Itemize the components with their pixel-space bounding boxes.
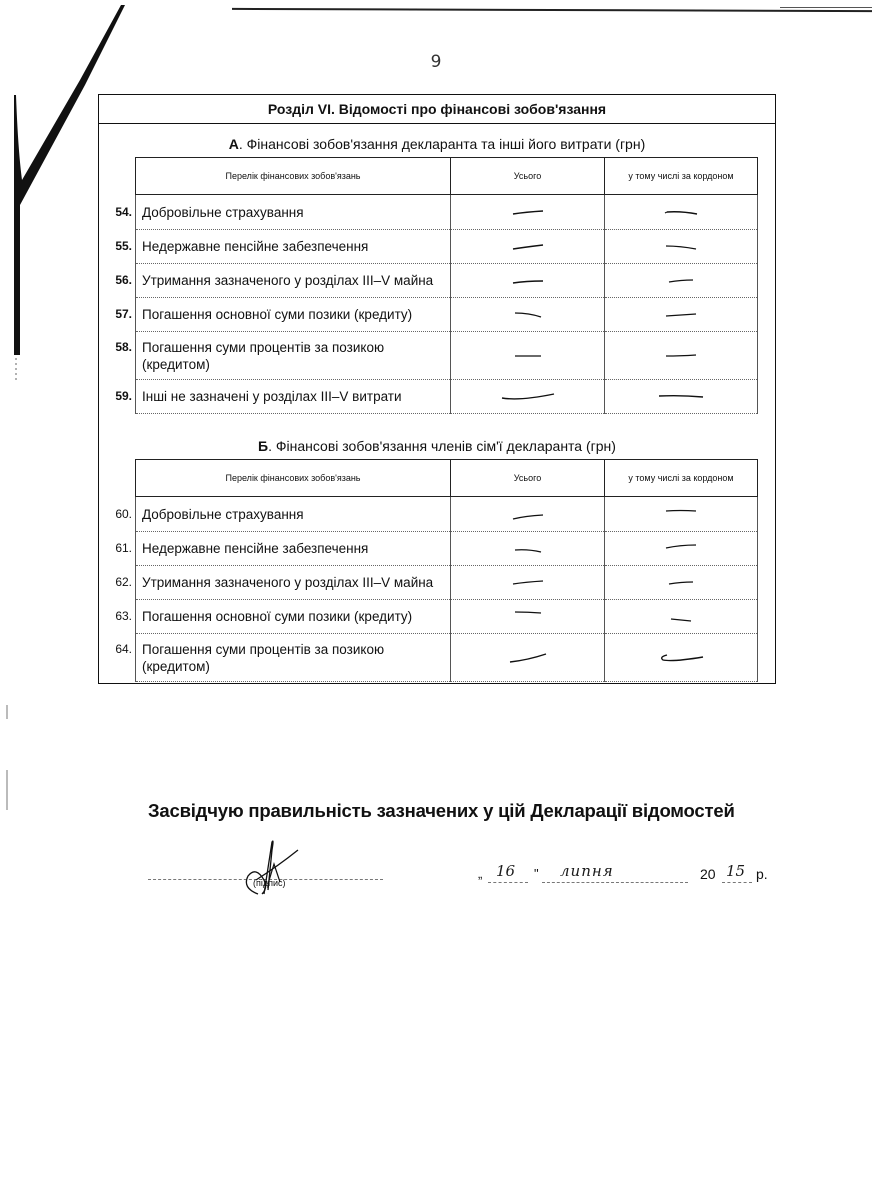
row-label: Інші не зазначені у розділах III–V витра… <box>142 389 402 404</box>
column-header-abroad: у тому числі за кордоном <box>605 158 758 195</box>
row-number: 63. <box>106 609 132 623</box>
handwritten-dash-icon <box>669 610 693 624</box>
table-row: 63.Погашення основної суми позики (креди… <box>136 600 758 634</box>
handwritten-dash-icon <box>664 352 698 360</box>
column-header-list: Перелік фінансових зобов'язань <box>136 460 451 497</box>
handwritten-dash-icon <box>508 651 548 665</box>
abroad-cell[interactable] <box>605 634 758 682</box>
row-number: 58. <box>106 339 132 356</box>
row-number: 54. <box>106 205 132 219</box>
handwritten-dash-icon <box>500 392 556 402</box>
table-row: 64.Погашення суми процентів за позикою (… <box>136 634 758 682</box>
abroad-cell[interactable] <box>605 264 758 298</box>
scan-edge-line <box>232 8 872 12</box>
row-number: 59. <box>106 389 132 403</box>
day-underline <box>488 882 528 883</box>
total-cell[interactable] <box>451 380 605 414</box>
row-label: Погашення суми процентів за позикою (кре… <box>142 340 384 372</box>
handwritten-dash-icon <box>513 610 543 624</box>
total-cell[interactable] <box>451 264 605 298</box>
scan-edge-line <box>780 7 872 8</box>
abroad-cell[interactable] <box>605 332 758 380</box>
row-label: Погашення суми процентів за позикою (кре… <box>142 642 384 674</box>
total-cell[interactable] <box>451 195 605 230</box>
year-underline <box>722 882 752 883</box>
row-label: Недержавне пенсійне забезпечення <box>142 541 368 556</box>
column-header-total: Усього <box>451 158 605 195</box>
total-cell[interactable] <box>451 230 605 264</box>
table-row: 55.Недержавне пенсійне забезпечення <box>136 230 758 264</box>
row-number: 56. <box>106 273 132 287</box>
total-cell[interactable] <box>451 298 605 332</box>
handwritten-dash-icon <box>511 209 545 217</box>
part-a-title: А. Фінансові зобов'язання декларанта та … <box>99 136 775 152</box>
abroad-cell[interactable] <box>605 230 758 264</box>
part-a-table: Перелік фінансових зобов'язань Усього у … <box>135 157 758 414</box>
handwritten-dash-icon <box>513 352 543 360</box>
handwritten-dash-icon <box>511 579 545 587</box>
row-number: 57. <box>106 307 132 321</box>
row-number: 55. <box>106 239 132 253</box>
part-b-letter: Б <box>258 438 268 454</box>
part-b-table: Перелік фінансових зобов'язань Усього у … <box>135 459 758 682</box>
row-label: Добровільне страхування <box>142 507 304 522</box>
abroad-cell[interactable] <box>605 298 758 332</box>
part-a-letter: А <box>229 136 239 152</box>
date-field: „ 16 " липня 20 15 р. <box>478 862 778 892</box>
handwritten-dash-icon <box>657 393 705 401</box>
handwritten-dash-icon <box>667 579 695 587</box>
abroad-cell[interactable] <box>605 600 758 634</box>
part-b-title: Б. Фінансові зобов'язання членів сім'ї д… <box>99 438 775 454</box>
handwritten-dash-icon <box>664 243 698 251</box>
row-number: 64. <box>106 641 132 658</box>
column-header-abroad: у тому числі за кордоном <box>605 460 758 497</box>
total-cell[interactable] <box>451 600 605 634</box>
table-row: 61.Недержавне пенсійне забезпечення <box>136 532 758 566</box>
year-mark: р. <box>756 866 768 882</box>
row-label: Недержавне пенсійне забезпечення <box>142 239 368 254</box>
row-label: Погашення основної суми позики (кредиту) <box>142 609 412 624</box>
part-b-title-text: . Фінансові зобов'язання членів сім'ї де… <box>268 438 616 454</box>
signature-caption: (підпис) <box>253 878 286 888</box>
month-underline <box>542 882 688 883</box>
handwritten-dash-icon <box>667 277 695 285</box>
total-cell[interactable] <box>451 497 605 532</box>
handwritten-dash-icon <box>657 651 705 665</box>
handwritten-dash-icon <box>511 243 545 251</box>
handwritten-dash-icon <box>511 508 545 522</box>
row-label: Погашення основної суми позики (кредиту) <box>142 307 412 322</box>
total-cell[interactable] <box>451 566 605 600</box>
table-row: 56.Утримання зазначеного у розділах III–… <box>136 264 758 298</box>
handwritten-dash-icon <box>664 543 698 555</box>
row-label: Утримання зазначеного у розділах III–V м… <box>142 575 433 590</box>
table-row: 54.Добровільне страхування <box>136 195 758 230</box>
row-number: 62. <box>106 575 132 589</box>
total-cell[interactable] <box>451 332 605 380</box>
column-header-list: Перелік фінансових зобов'язань <box>136 158 451 195</box>
row-number: 60. <box>106 507 132 521</box>
table-row: 59.Інші не зазначені у розділах III–V ви… <box>136 380 758 414</box>
part-a-title-text: . Фінансові зобов'язання декларанта та і… <box>239 136 645 152</box>
scan-artifact <box>6 705 8 719</box>
handwritten-dash-icon <box>664 311 698 319</box>
column-header-total: Усього <box>451 460 605 497</box>
date-year-suffix[interactable]: 15 <box>726 862 745 880</box>
abroad-cell[interactable] <box>605 566 758 600</box>
table-row: 58.Погашення суми процентів за позикою (… <box>136 332 758 380</box>
table-row: 60.Добровільне страхування <box>136 497 758 532</box>
row-label: Утримання зазначеного у розділах III–V м… <box>142 273 433 288</box>
open-quote: „ <box>478 866 482 881</box>
part-b-table-wrap: Перелік фінансових зобов'язань Усього у … <box>135 459 757 682</box>
year-prefix: 20 <box>700 866 716 882</box>
abroad-cell[interactable] <box>605 497 758 532</box>
scan-artifact <box>6 770 8 810</box>
table-row: 57.Погашення основної суми позики (креди… <box>136 298 758 332</box>
row-label: Добровільне страхування <box>142 205 304 220</box>
abroad-cell[interactable] <box>605 380 758 414</box>
handwritten-dash-icon <box>511 277 545 285</box>
page-number: 9 <box>0 52 872 72</box>
handwritten-signature-icon[interactable] <box>228 836 318 898</box>
handwritten-dash-icon <box>513 311 543 319</box>
certification-statement: Засвідчую правильність зазначених у цій … <box>148 800 735 822</box>
abroad-cell[interactable] <box>605 532 758 566</box>
row-number: 61. <box>106 541 132 555</box>
handwritten-dash-icon <box>663 209 699 217</box>
total-cell[interactable] <box>451 532 605 566</box>
table-row: 62.Утримання зазначеного у розділах III–… <box>136 566 758 600</box>
handwritten-dash-icon <box>664 508 698 522</box>
close-quote: " <box>534 866 539 881</box>
abroad-cell[interactable] <box>605 195 758 230</box>
date-day[interactable]: 16 <box>496 862 515 880</box>
handwritten-dash-icon <box>513 543 543 555</box>
total-cell[interactable] <box>451 634 605 682</box>
date-month[interactable]: липня <box>560 862 614 880</box>
part-a-table-wrap: Перелік фінансових зобов'язань Усього у … <box>135 157 757 414</box>
section-vi-box: Розділ VI. Відомості про фінансові зобов… <box>98 94 776 684</box>
section-title: Розділ VI. Відомості про фінансові зобов… <box>99 95 775 124</box>
